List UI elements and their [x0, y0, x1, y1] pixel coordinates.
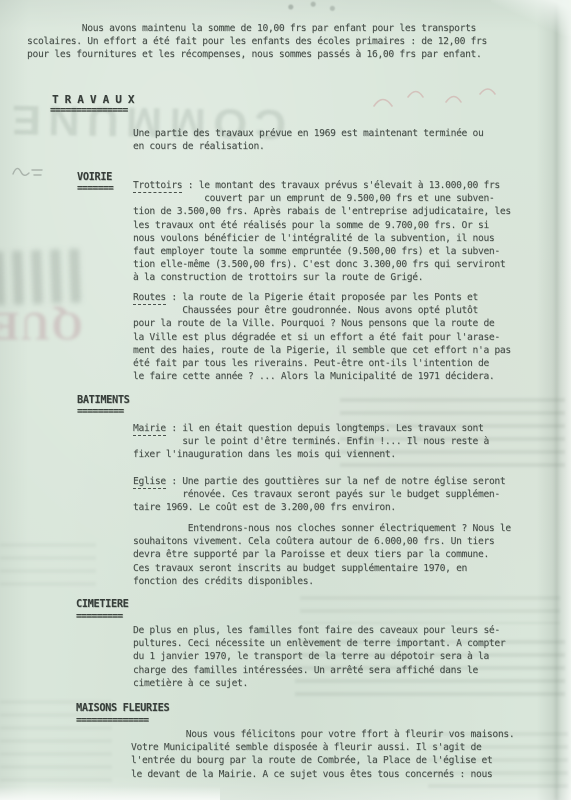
- ghost-text-block: [0, 543, 96, 595]
- routes-text: : la route de la Pigerie était proposée …: [133, 292, 511, 382]
- trottoirs-paragraph: Trottoirs : le montant des travaux prévu…: [133, 179, 511, 285]
- scanned-document-page: COMMUNE QUE Nous avons maintenu la somme…: [0, 0, 571, 800]
- cimetiere-heading-rule: =========: [76, 610, 123, 623]
- routes-paragraph: Routes : la route de la Pigerie était pr…: [133, 291, 511, 383]
- bleedthrough-fragment-text: QUE: [0, 303, 83, 350]
- bird-scribbles-icon: [368, 84, 518, 116]
- eglise-paragraph: Eglise : Une partie des gouttières sur l…: [133, 475, 505, 515]
- mairie-paragraph: Mairie : il en était question depuis lon…: [133, 422, 489, 462]
- mairie-text: : il en était question depuis longtemps.…: [133, 423, 489, 460]
- mairie-label: Mairie: [133, 423, 166, 436]
- intro-paragraph: Nous avons maintenu la somme de 10,00 fr…: [27, 22, 487, 62]
- pencil-mark: [10, 160, 50, 180]
- batiments-heading-rule: =========: [77, 405, 124, 418]
- paper-crease: [554, 0, 559, 800]
- ghost-text-block: [300, 596, 560, 624]
- paper-corner-bottom-left: [0, 784, 220, 800]
- trottoirs-text: : le montant des travaux prévus s'élevai…: [133, 180, 511, 283]
- trottoirs-label: Trottoirs: [133, 180, 182, 193]
- maisons-fleuries-heading-rule: ==============: [76, 714, 148, 727]
- eglise-text: : Une partie des gouttières sur la nef d…: [133, 476, 505, 513]
- maisons-fleuries-paragraph: Nous vous félicitons pour votre ffort à …: [131, 728, 514, 781]
- routes-label: Routes: [133, 292, 166, 305]
- ink-smudge: [278, 0, 342, 14]
- travaux-heading-rule: ===============: [50, 104, 128, 117]
- paper-corner-top-right: [491, 0, 571, 36]
- bleedthrough-fragment-blur: [0, 248, 83, 305]
- bells-paragraph: Entendrons-nous nos cloches sonner élect…: [133, 522, 511, 588]
- voirie-heading-rule: =======: [77, 182, 113, 195]
- travaux-intro-paragraph: Une partie des travaux prévue en 1969 es…: [133, 127, 483, 153]
- eglise-label: Eglise: [133, 476, 166, 489]
- cimetiere-paragraph: De plus en plus, les familles font faire…: [133, 624, 505, 690]
